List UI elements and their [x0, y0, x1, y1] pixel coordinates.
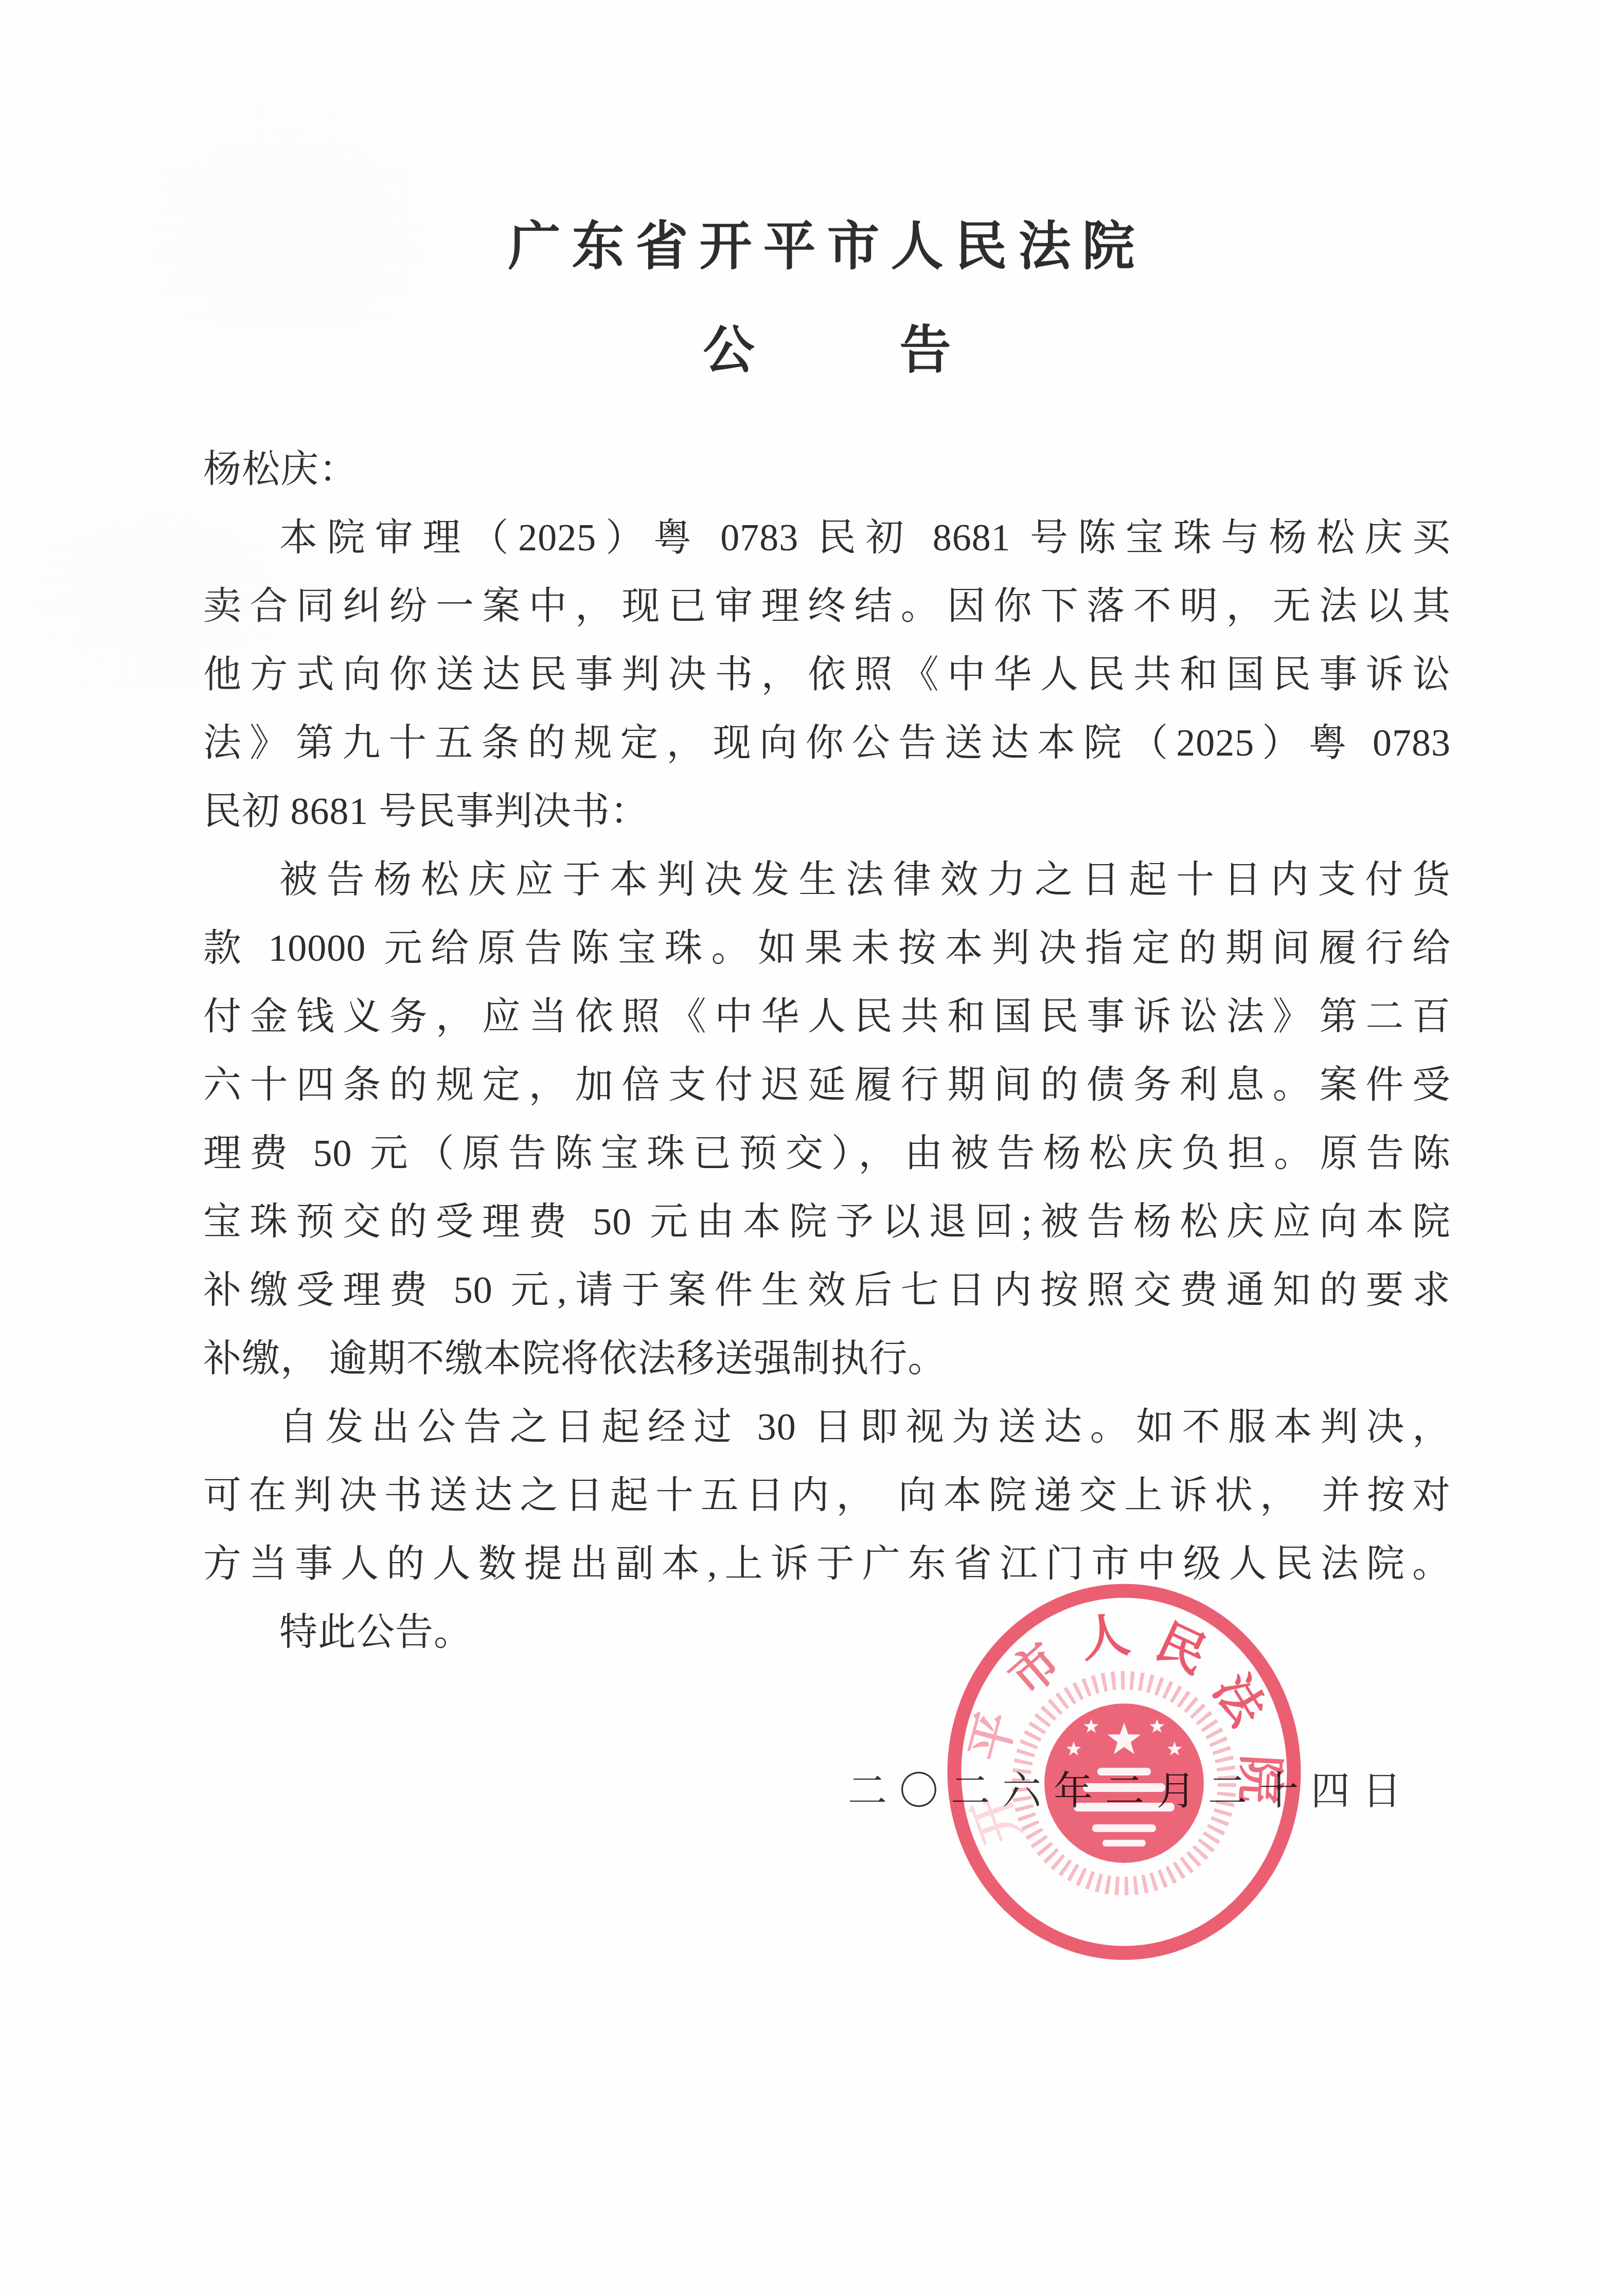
body-line: 补缴， 逾期不缴本院将依法移送强制执行。 [203, 1325, 1451, 1393]
announcement-body: 杨松庆：本院审理（2025）粤 0783 民初 8681 号陈宝珠与杨松庆买卖合… [203, 436, 1451, 1667]
body-line: 自发出公告之日起经过 30 日即视为送达。如不服本判决， [203, 1393, 1451, 1462]
body-line: 民初 8681 号民事判决书： [203, 778, 1451, 846]
body-line: 可在判决书送达之日起十五日内， 向本院递交上诉状， 并按对 [203, 1462, 1451, 1530]
announcement-date: 二〇二六年二月二十四日 [203, 1755, 1451, 1827]
body-line: 款 10000 元给原告陈宝珠。如果未按本判决指定的期间履行给 [203, 914, 1451, 983]
body-line: 特此公告。 [203, 1599, 1451, 1667]
body-line: 本院审理（2025）粤 0783 民初 8681 号陈宝珠与杨松庆买 [203, 504, 1451, 572]
body-line: 宝珠预交的受理费 50 元由本院予以退回;被告杨松庆应向本院 [203, 1188, 1451, 1257]
body-line: 方当事人的人数提出副本,上诉于广东省江门市中级人民法院。 [203, 1530, 1451, 1599]
emblem-star [1108, 1723, 1141, 1754]
announcement-heading-char2: 告 [900, 322, 951, 379]
body-line: 卖合同纠纷一案中，现已审理终结。因你下落不明，无法以其 [203, 572, 1451, 641]
announcement-heading-char1: 公 [703, 322, 755, 379]
body-line: 法》第九十五条的规定，现向你公告送达本院（2025）粤 0783 [203, 709, 1451, 778]
body-line: 六十四条的规定，加倍支付迟延履行期间的债务利息。案件受 [203, 1051, 1451, 1120]
svg-text:法: 法 [1203, 1665, 1275, 1735]
body-line: 理费 50 元（原告陈宝珠已预交），由被告杨松庆负担。原告陈 [203, 1120, 1451, 1188]
emblem-star [1150, 1719, 1165, 1733]
emblem-star [1084, 1719, 1099, 1733]
court-announcement-page: 广东省开平市人民法院 公告 杨松庆：本院审理（2025）粤 0783 民初 86… [0, 0, 1601, 2296]
emblem-star [1167, 1742, 1182, 1755]
body-line: 付金钱义务，应当依照《中华人民共和国民事诉讼法》第二百 [203, 983, 1451, 1051]
emblem-star [1066, 1742, 1081, 1755]
body-line: 杨松庆： [203, 436, 1451, 504]
announcement-heading: 公告 [203, 309, 1451, 383]
page-title: 广东省开平市人民法院 [203, 205, 1451, 280]
body-line: 被告杨松庆应于本判决发生法律效力之日起十日内支付货 [203, 846, 1451, 914]
body-line: 他方式向你送达民事判决书，依照《中华人民共和国民事诉讼 [203, 641, 1451, 709]
body-line: 补缴受理费 50 元,请于案件生效后七日内按照交费通知的要求 [203, 1257, 1451, 1325]
